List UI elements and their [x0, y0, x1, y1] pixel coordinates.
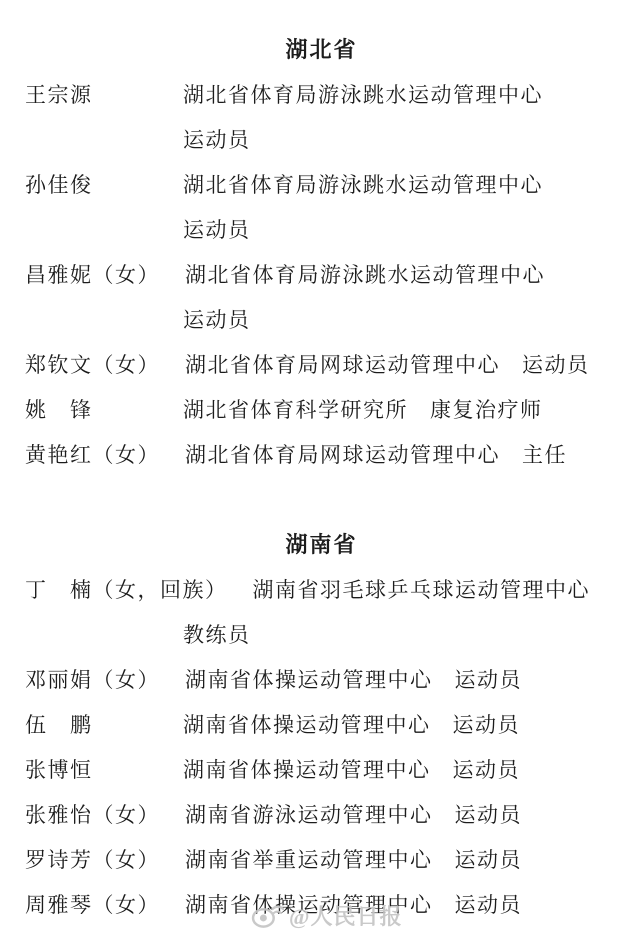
person-name: 王宗源	[25, 79, 158, 109]
province-heading: 湖北省	[285, 33, 357, 64]
entry-row: 张雅怡（女）湖南省游泳运动管理中心运动员	[25, 791, 618, 836]
role: 主任	[522, 439, 567, 469]
person-name: 姚 锋	[25, 394, 158, 424]
role: 运动员	[455, 799, 523, 829]
entry-row: 伍 鹏湖南省体操运动管理中心运动员	[25, 701, 618, 746]
person-name: 邓丽娟（女）	[25, 664, 160, 694]
appointment-list: 湖北省王宗源湖北省体育局游泳跳水运动管理中心运动员孙佳俊湖北省体育局游泳跳水运动…	[0, 0, 636, 926]
role: 康复治疗师	[430, 394, 543, 424]
role: 教练员	[183, 619, 251, 649]
person-name: 张博恒	[25, 754, 158, 784]
person-name: 张雅怡（女）	[25, 799, 160, 829]
entry-row: 丁 楠（女，回族）湖南省羽毛球乒乓球运动管理中心	[25, 566, 618, 611]
role: 运动员	[455, 664, 523, 694]
organization: 湖北省体育局网球运动管理中心	[185, 439, 500, 469]
person-name: 丁 楠（女，回族）	[25, 574, 228, 604]
role: 运动员	[453, 709, 521, 739]
organization: 湖南省体操运动管理中心	[183, 754, 431, 784]
organization: 湖南省羽毛球乒乓球运动管理中心	[253, 574, 591, 604]
role: 运动员	[522, 349, 590, 379]
person-name: 伍 鹏	[25, 709, 158, 739]
person-name: 昌雅妮（女）	[25, 259, 160, 289]
organization: 湖南省体操运动管理中心	[185, 664, 433, 694]
person-name: 罗诗芳（女）	[25, 844, 160, 874]
organization: 湖北省体育科学研究所	[183, 394, 408, 424]
entry-role-row: 教练员	[25, 611, 618, 656]
role: 运动员	[183, 124, 251, 154]
role: 运动员	[183, 304, 251, 334]
role: 运动员	[453, 754, 521, 784]
organization: 湖北省体育局游泳跳水运动管理中心	[183, 169, 543, 199]
organization: 湖南省游泳运动管理中心	[185, 799, 433, 829]
person-name: 孙佳俊	[25, 169, 158, 199]
province-heading: 湖南省	[285, 528, 357, 559]
organization: 湖南省体操运动管理中心	[185, 889, 433, 919]
organization: 湖南省体操运动管理中心	[183, 709, 431, 739]
entry-role-row: 运动员	[25, 206, 618, 251]
entry-row: 孙佳俊湖北省体育局游泳跳水运动管理中心	[25, 161, 618, 206]
entry-row: 邓丽娟（女）湖南省体操运动管理中心运动员	[25, 656, 618, 701]
entry-row: 周雅琴（女）湖南省体操运动管理中心运动员	[25, 881, 618, 926]
organization: 湖北省体育局游泳跳水运动管理中心	[183, 79, 543, 109]
entry-role-row: 运动员	[25, 296, 618, 341]
entry-row: 郑钦文（女）湖北省体育局网球运动管理中心运动员	[25, 341, 618, 386]
document-page: 湖北省王宗源湖北省体育局游泳跳水运动管理中心运动员孙佳俊湖北省体育局游泳跳水运动…	[0, 0, 636, 934]
entry-row: 姚 锋湖北省体育科学研究所康复治疗师	[25, 386, 618, 431]
role: 运动员	[455, 889, 523, 919]
entry-row: 罗诗芳（女）湖南省举重运动管理中心运动员	[25, 836, 618, 881]
entry-role-row: 运动员	[25, 116, 618, 161]
person-name: 周雅琴（女）	[25, 889, 160, 919]
organization: 湖北省体育局网球运动管理中心	[185, 349, 500, 379]
section-heading-row: 湖北省	[25, 26, 618, 71]
entry-row: 张博恒湖南省体操运动管理中心运动员	[25, 746, 618, 791]
role: 运动员	[455, 844, 523, 874]
organization: 湖北省体育局游泳跳水运动管理中心	[185, 259, 545, 289]
entry-row: 昌雅妮（女）湖北省体育局游泳跳水运动管理中心	[25, 251, 618, 296]
entry-row: 王宗源湖北省体育局游泳跳水运动管理中心	[25, 71, 618, 116]
person-name: 黄艳红（女）	[25, 439, 160, 469]
entry-row: 黄艳红（女）湖北省体育局网球运动管理中心主任	[25, 431, 618, 476]
section-heading-row: 湖南省	[25, 521, 618, 566]
person-name: 郑钦文（女）	[25, 349, 160, 379]
role: 运动员	[183, 214, 251, 244]
organization: 湖南省举重运动管理中心	[185, 844, 433, 874]
